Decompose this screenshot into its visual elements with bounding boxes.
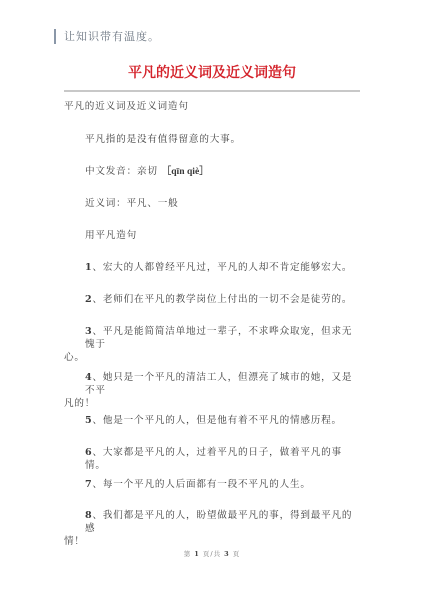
sentence-continuation: 情！	[64, 535, 357, 548]
synonyms: 近义词：平凡、一般	[85, 197, 357, 210]
sentence-item: 5、他是一个平凡的人，但是他有着不平凡的情感历程。	[85, 414, 357, 427]
slogan-bar	[54, 29, 56, 44]
sentence-text: 、平凡是能简简洁单地过一辈子，不求哗众取宠，但求无愧于	[85, 326, 352, 350]
page-footer: 第 1 页/共 3 页	[0, 549, 424, 558]
sentence-item: 4、她只是一个平凡的清洁工人，但漂亮了城市的她，又是不平 凡的！	[85, 371, 357, 410]
sentence-text: 、她只是一个平凡的清洁工人，但漂亮了城市的她，又是不平	[85, 372, 352, 396]
footer-middle: 页/共	[203, 550, 221, 558]
pronunciation: 中文发音：亲切 ［qīn qiè］	[85, 165, 357, 178]
sentences-heading: 用平凡造句	[85, 229, 357, 242]
footer-suffix: 页	[233, 550, 241, 558]
subtitle: 平凡的近义词及近义词造句	[64, 100, 189, 113]
header-slogan: 让知识带有温度。	[64, 29, 160, 44]
sentence-continuation: 心。	[64, 351, 357, 364]
sentence-text: 、他是一个平凡的人，但是他有着不平凡的情感历程。	[92, 415, 341, 426]
footer-total-pages: 3	[224, 550, 230, 558]
sentence-text: 、每一个平凡的人后面都有一段不平凡的人生。	[92, 479, 310, 490]
footer-page-number: 1	[194, 550, 200, 558]
title-divider	[64, 90, 360, 92]
pronunciation-label: 中文发音：亲切	[85, 166, 158, 177]
sentence-continuation: 凡的！	[64, 397, 357, 410]
sentence-item: 8、我们都是平凡的人，盼望做最平凡的事，得到最平凡的感 情！	[85, 509, 357, 548]
sentence-text: 、老师们在平凡的教学岗位上付出的一切不会是徒劳的。	[92, 294, 352, 305]
pronunciation-pinyin: ［qīn qiè］	[162, 166, 209, 177]
page-title: 平凡的近义词及近义词造句	[0, 64, 424, 82]
definition: 平凡指的是没有值得留意的大事。	[85, 133, 357, 146]
footer-prefix: 第	[184, 550, 192, 558]
sentence-text: 、宏大的人都曾经平凡过，平凡的人却不肯定能够宏大。	[92, 262, 352, 273]
sentence-item: 1、宏大的人都曾经平凡过，平凡的人却不肯定能够宏大。	[85, 261, 357, 274]
sentence-item: 3、平凡是能简简洁单地过一辈子，不求哗众取宠，但求无愧于 心。	[85, 325, 357, 364]
sentence-item: 6、大家都是平凡的人，过着平凡的日子，做着平凡的事情。	[85, 446, 357, 472]
sentence-item: 7、每一个平凡的人后面都有一段不平凡的人生。	[85, 478, 357, 491]
sentence-text: 、大家都是平凡的人，过着平凡的日子，做着平凡的事情。	[85, 447, 342, 471]
sentence-text: 、我们都是平凡的人，盼望做最平凡的事，得到最平凡的感	[85, 510, 352, 534]
sentence-item: 2、老师们在平凡的教学岗位上付出的一切不会是徒劳的。	[85, 293, 357, 306]
